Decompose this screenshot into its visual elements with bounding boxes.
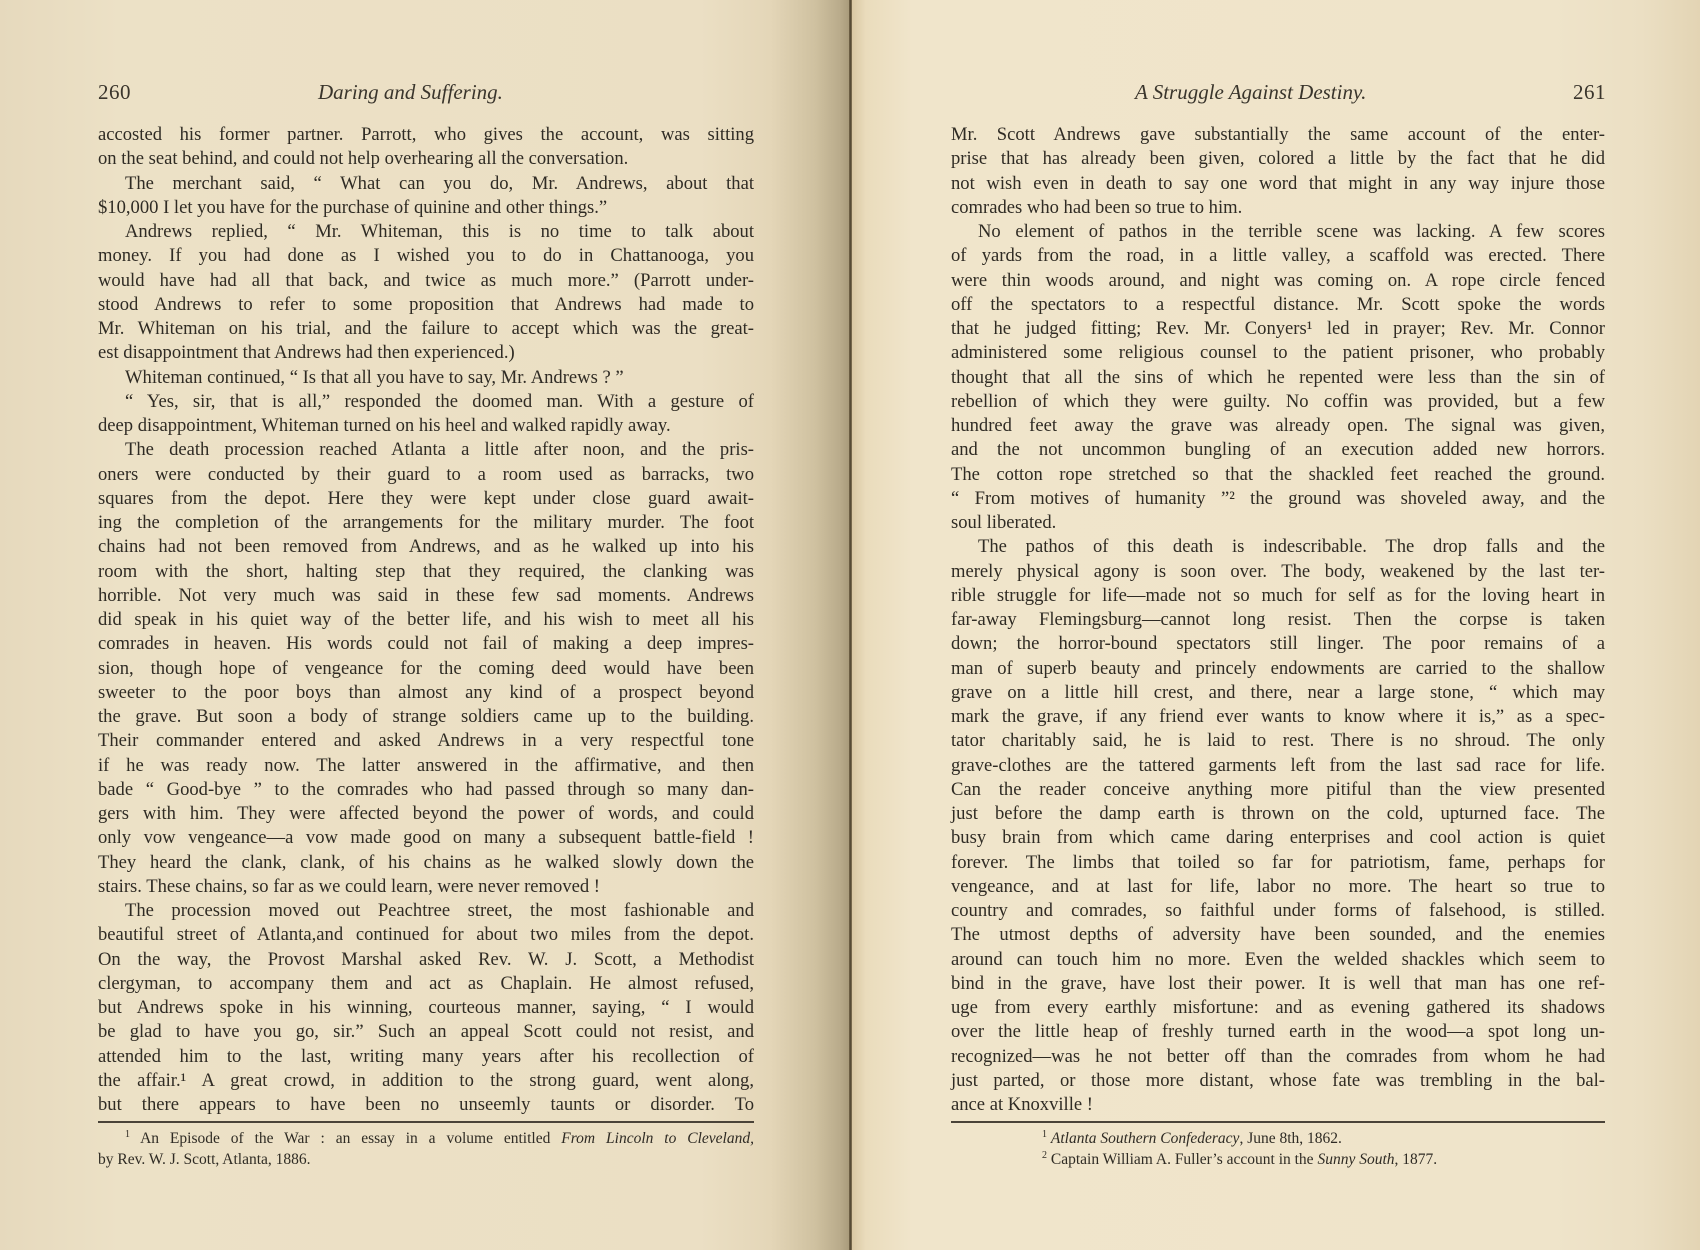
text-line: “ Yes, sir, that is all,” responded the … xyxy=(98,390,754,414)
text-line: Can the reader conceive anything more pi… xyxy=(951,778,1605,802)
footnote-marker: 2 xyxy=(1042,1150,1047,1161)
text-line: bind in the grave, have lost their power… xyxy=(951,972,1605,996)
text-line: mark the grave, if any friend ever wants… xyxy=(951,705,1605,729)
page-number-right: 261 xyxy=(1573,78,1606,106)
text-line: $10,000 I let you have for the purchase … xyxy=(98,196,754,220)
text-line: sweeter to the poor boys than almost any… xyxy=(98,681,754,705)
text-line: just parted, or those more distant, whos… xyxy=(951,1069,1605,1093)
text-line: administered some religious counsel to t… xyxy=(951,341,1605,365)
text-line: man of superb beauty and princely endowm… xyxy=(951,657,1605,681)
text-line: far-away Flemingsburg—cannot long resist… xyxy=(951,608,1605,632)
text-line: that he judged fitting; Rev. Mr. Conyers… xyxy=(951,317,1605,341)
text-line: rebellion of which they were guilty. No … xyxy=(951,390,1605,414)
text-line: hundred feet away the grave was already … xyxy=(951,414,1605,438)
footnote-1-continuation: by Rev. W. J. Scott, Atlanta, 1886. xyxy=(98,1149,754,1170)
text-line: The utmost depths of adversity have been… xyxy=(951,923,1605,947)
text-line: be glad to have you go, sir.” Such an ap… xyxy=(98,1020,754,1044)
text-line: soul liberated. xyxy=(951,511,1605,535)
text-line: just before the damp earth is thrown on … xyxy=(951,802,1605,826)
text-line: but Andrews spoke in his winning, courte… xyxy=(98,996,754,1020)
footnote-marker: 1 xyxy=(125,1129,130,1140)
text-line: Whiteman continued, “ Is that all you ha… xyxy=(98,366,754,390)
footnote-book-title: From Lincoln to Cleveland, xyxy=(561,1130,754,1147)
text-line: est disappointment that Andrews had then… xyxy=(98,341,754,365)
text-line: “ From motives of humanity ”² the ground… xyxy=(951,487,1605,511)
text-line: beautiful street of Atlanta,and continue… xyxy=(98,923,754,947)
text-line: comrades in heaven. His words could not … xyxy=(98,632,754,656)
text-line: They heard the clank, clank, of his chai… xyxy=(98,851,754,875)
text-line: country and comrades, so faithful under … xyxy=(951,899,1605,923)
text-line: stood Andrews to refer to some propositi… xyxy=(98,293,754,317)
footnote-text: , 1877. xyxy=(1395,1151,1438,1168)
footnote-source-title: Sunny South xyxy=(1317,1151,1394,1168)
text-line: down; the horror-bound spectators still … xyxy=(951,632,1605,656)
text-line: did speak in his quiet way of the better… xyxy=(98,608,754,632)
text-line: on the seat behind, and could not help o… xyxy=(98,147,754,171)
footnote-text: An Episode of the War : an essay in a vo… xyxy=(140,1130,561,1147)
text-line: if he was ready now. The latter answered… xyxy=(98,754,754,778)
text-line: The procession moved out Peachtree stree… xyxy=(98,899,754,923)
text-line: the affair.¹ A great crowd, in addition … xyxy=(98,1069,754,1093)
text-line: accosted his former partner. Parrott, wh… xyxy=(98,123,754,147)
footnote-1-right: 1 Atlanta Southern Confederacy, June 8th… xyxy=(1042,1128,1602,1149)
text-line: off the spectators to a respectful dista… xyxy=(951,293,1605,317)
text-line: clergyman, to accompany them and act as … xyxy=(98,972,754,996)
text-line: The cotton rope stretched so that the sh… xyxy=(951,463,1605,487)
text-line: the grave. But soon a body of strange so… xyxy=(98,705,754,729)
text-line: around can touch him no more. Even the w… xyxy=(951,948,1605,972)
text-line: uge from every earthly misfortune: and a… xyxy=(951,996,1605,1020)
text-line: over the little heap of freshly turned e… xyxy=(951,1020,1605,1044)
text-line: tator charitably said, he is laid to res… xyxy=(951,729,1605,753)
text-line: The pathos of this death is indescribabl… xyxy=(951,535,1605,559)
text-line: grave-clothes are the tattered garments … xyxy=(951,754,1605,778)
text-line: grave on a little hill crest, and there,… xyxy=(951,681,1605,705)
right-page: A Struggle Against Destiny. 261 Mr. Scot… xyxy=(852,0,1700,1250)
left-page: 260 Daring and Suffering. accosted his f… xyxy=(0,0,852,1250)
footnote-1-left: 1 An Episode of the War : an essay in a … xyxy=(98,1128,754,1149)
text-line: only vow vengeance—a vow made good on ma… xyxy=(98,826,754,850)
text-line: ance at Knoxville ! xyxy=(951,1093,1605,1117)
text-line: of yards from the road, in a little vall… xyxy=(951,244,1605,268)
running-title-right: A Struggle Against Destiny. xyxy=(1135,78,1366,106)
running-title-left: Daring and Suffering. xyxy=(318,78,503,106)
text-line: squares from the depot. Here they were k… xyxy=(98,487,754,511)
footnote-text: , June 8th, 1862. xyxy=(1239,1130,1341,1147)
text-line: were thin woods around, and night was co… xyxy=(951,269,1605,293)
text-line: thought that all the sins of which he re… xyxy=(951,366,1605,390)
text-line: Their commander entered and asked Andrew… xyxy=(98,729,754,753)
text-line: Mr. Scott Andrews gave substantially the… xyxy=(951,123,1605,147)
footnote-rule-right xyxy=(951,1121,1605,1123)
text-line: room with the short, halting step that t… xyxy=(98,560,754,584)
text-line: prise that has already been given, color… xyxy=(951,147,1605,171)
right-page-footnotes: 1 Atlanta Southern Confederacy, June 8th… xyxy=(1042,1128,1602,1170)
text-line: rible struggle for life—made not so much… xyxy=(951,584,1605,608)
text-line: Andrews replied, “ Mr. Whiteman, this is… xyxy=(98,220,754,244)
left-page-footnotes: 1 An Episode of the War : an essay in a … xyxy=(98,1128,754,1170)
footnote-2-right: 2 Captain William A. Fuller’s account in… xyxy=(1042,1149,1602,1170)
text-line: The death procession reached Atlanta a l… xyxy=(98,438,754,462)
footnote-source-title: Atlanta Southern Confederacy xyxy=(1051,1130,1240,1147)
page-number-left: 260 xyxy=(98,78,131,106)
text-line: ing the completion of the arrangements f… xyxy=(98,511,754,535)
text-line: recognized—was he not better off than th… xyxy=(951,1045,1605,1069)
book-spread: 260 Daring and Suffering. accosted his f… xyxy=(0,0,1700,1250)
text-line: gers with him. They were affected beyond… xyxy=(98,802,754,826)
footnote-marker: 1 xyxy=(1042,1129,1047,1140)
footnote-text: Captain William A. Fuller’s account in t… xyxy=(1051,1151,1318,1168)
text-line: Mr. Whiteman on his trial, and the failu… xyxy=(98,317,754,341)
right-page-body: Mr. Scott Andrews gave substantially the… xyxy=(951,123,1605,1117)
text-line: On the way, the Provost Marshal asked Re… xyxy=(98,948,754,972)
text-line: sion, though hope of vengeance for the c… xyxy=(98,657,754,681)
text-line: but there appears to have been no unseem… xyxy=(98,1093,754,1117)
text-line: comrades who had been so true to him. xyxy=(951,196,1605,220)
text-line: forever. The limbs that toiled so far fo… xyxy=(951,851,1605,875)
text-line: attended him to the last, writing many y… xyxy=(98,1045,754,1069)
text-line: money. If you had done as I wished you t… xyxy=(98,244,754,268)
text-line: busy brain from which came daring enterp… xyxy=(951,826,1605,850)
text-line: deep disappointment, Whiteman turned on … xyxy=(98,414,754,438)
text-line: oners were conducted by their guard to a… xyxy=(98,463,754,487)
text-line: chains had not been removed from Andrews… xyxy=(98,535,754,559)
footnote-rule-left xyxy=(98,1121,754,1123)
text-line: not wish even in death to say one word t… xyxy=(951,172,1605,196)
text-line: No element of pathos in the terrible sce… xyxy=(951,220,1605,244)
left-page-body: accosted his former partner. Parrott, wh… xyxy=(98,123,754,1117)
text-line: bade “ Good-bye ” to the comrades who ha… xyxy=(98,778,754,802)
text-line: merely physical agony is soon over. The … xyxy=(951,560,1605,584)
text-line: would have had all that back, and twice … xyxy=(98,269,754,293)
text-line: and the not uncommon bungling of an exec… xyxy=(951,438,1605,462)
text-line: horrible. Not very much was said in thes… xyxy=(98,584,754,608)
text-line: stairs. These chains, so far as we could… xyxy=(98,875,754,899)
text-line: The merchant said, “ What can you do, Mr… xyxy=(98,172,754,196)
text-line: vengeance, and at last for life, labor n… xyxy=(951,875,1605,899)
